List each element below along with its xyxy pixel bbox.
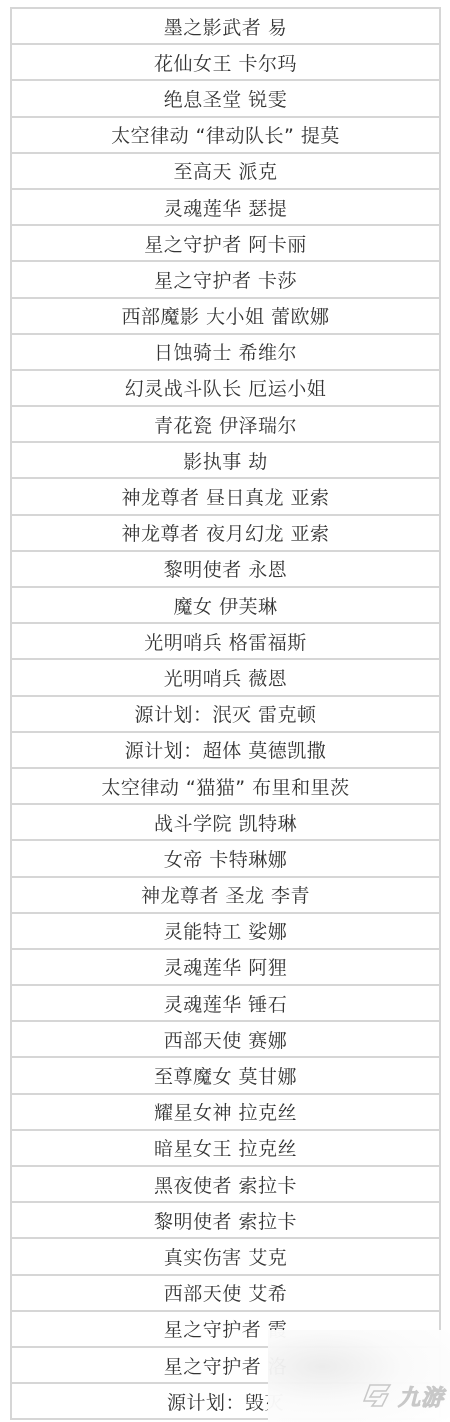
table-row: 暗星女王 拉克丝 <box>12 1131 439 1167</box>
table-row: 源计划：泯灭 雷克顿 <box>12 697 439 733</box>
table-row: 灵魂莲华 瑟提 <box>12 190 439 226</box>
table-row: 影执事 劫 <box>12 443 439 479</box>
table-row: 日蚀骑士 希维尔 <box>12 335 439 371</box>
jiuyou-logo-icon <box>360 1382 394 1412</box>
table-row: 太空律动 “猫猫” 布里和里茨 <box>12 769 439 805</box>
table-row: 星之守护者 卡莎 <box>12 262 439 298</box>
table-row: 女帝 卡特琳娜 <box>12 841 439 877</box>
table-row: 灵魂莲华 阿狸 <box>12 950 439 986</box>
table-row: 西部天使 艾希 <box>12 1276 439 1312</box>
table-row: 魔女 伊芙琳 <box>12 588 439 624</box>
table-row: 黎明使者 索拉卡 <box>12 1203 439 1239</box>
table-row: 墨之影武者 易 <box>12 9 439 45</box>
table-row: 神龙尊者 夜月幻龙 亚索 <box>12 516 439 552</box>
table-row: 灵魂莲华 锤石 <box>12 986 439 1022</box>
table-row: 光明哨兵 薇恩 <box>12 660 439 696</box>
table-row: 星之守护者 阿卡丽 <box>12 226 439 262</box>
watermark: 九游 <box>268 1330 450 1422</box>
table-row: 耀星女神 拉克丝 <box>12 1095 439 1131</box>
table-row: 神龙尊者 昼日真龙 亚索 <box>12 479 439 515</box>
table-row: 太空律动 “律动队长” 提莫 <box>12 118 439 154</box>
watermark-logo: 九游 <box>360 1381 444 1412</box>
table-row: 西部魔影 大小姐 蕾欧娜 <box>12 299 439 335</box>
table-row: 灵能特工 娑娜 <box>12 914 439 950</box>
table-row: 神龙尊者 圣龙 李青 <box>12 878 439 914</box>
table-row: 真实伤害 艾克 <box>12 1239 439 1275</box>
table-row: 绝息圣堂 锐雯 <box>12 81 439 117</box>
table-row: 青花瓷 伊泽瑞尔 <box>12 407 439 443</box>
table-row: 花仙女王 卡尔玛 <box>12 45 439 81</box>
table-row: 战斗学院 凯特琳 <box>12 805 439 841</box>
watermark-text: 九游 <box>398 1381 444 1412</box>
table-row: 光明哨兵 格雷福斯 <box>12 624 439 660</box>
table-row: 至高天 派克 <box>12 154 439 190</box>
table-row: 幻灵战斗队长 厄运小姐 <box>12 371 439 407</box>
table-row: 西部天使 赛娜 <box>12 1022 439 1058</box>
table-row: 源计划：超体 莫德凯撒 <box>12 733 439 769</box>
skin-list-table: 墨之影武者 易花仙女王 卡尔玛绝息圣堂 锐雯太空律动 “律动队长” 提莫至高天 … <box>10 7 441 1420</box>
table-row: 黎明使者 永恩 <box>12 552 439 588</box>
table-row: 至尊魔女 莫甘娜 <box>12 1058 439 1094</box>
table-row: 黑夜使者 索拉卡 <box>12 1167 439 1203</box>
